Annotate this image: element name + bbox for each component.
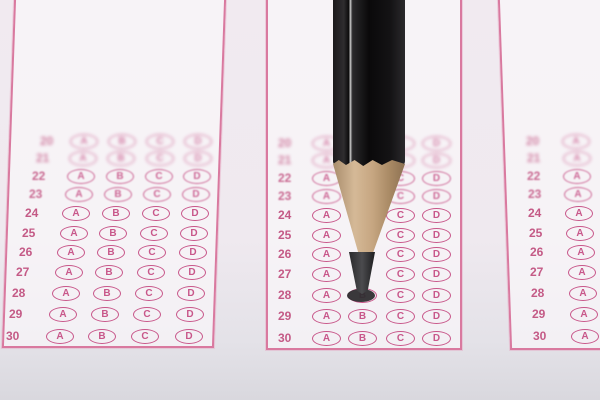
answer-bubble-26-b[interactable]: B bbox=[97, 245, 125, 260]
answer-bubble-24-a[interactable]: A bbox=[312, 208, 341, 223]
answer-bubble-24-d[interactable]: D bbox=[422, 208, 451, 223]
answer-bubble-28-c[interactable]: C bbox=[386, 288, 415, 303]
answer-bubble-20-a[interactable]: A bbox=[562, 134, 590, 149]
answer-bubble-28-a[interactable]: A bbox=[312, 288, 341, 303]
answer-bubble-29-d[interactable]: D bbox=[176, 307, 204, 322]
answer-bubble-28-b[interactable]: B bbox=[93, 286, 121, 301]
answer-bubble-27-d[interactable]: D bbox=[178, 265, 206, 280]
answer-bubble-28-a[interactable]: A bbox=[52, 286, 80, 301]
answer-bubble-24-d[interactable]: D bbox=[181, 206, 209, 221]
answer-bubble-29-a[interactable]: A bbox=[570, 307, 598, 322]
answer-bubble-29-d[interactable]: D bbox=[422, 309, 451, 324]
question-number: 30 bbox=[533, 329, 546, 343]
answer-bubble-27-a[interactable]: A bbox=[55, 265, 83, 280]
answer-bubble-30-c[interactable]: C bbox=[131, 329, 159, 344]
answer-bubble-23-d[interactable]: D bbox=[422, 189, 451, 204]
answer-bubble-30-d[interactable]: D bbox=[175, 329, 203, 344]
question-number: 23 bbox=[29, 187, 42, 201]
answer-bubble-29-b[interactable]: B bbox=[348, 309, 377, 324]
answer-bubble-21-c[interactable]: C bbox=[146, 151, 174, 166]
pencil-body bbox=[333, 0, 405, 167]
answer-bubble-29-a[interactable]: A bbox=[49, 307, 77, 322]
answer-bubble-21-d[interactable]: D bbox=[184, 151, 212, 166]
answer-bubble-22-c[interactable]: C bbox=[145, 169, 173, 184]
answer-bubble-25-d[interactable]: D bbox=[422, 228, 451, 243]
answer-bubble-24-c[interactable]: C bbox=[386, 208, 415, 223]
answer-bubble-26-c[interactable]: C bbox=[138, 245, 166, 260]
answer-bubble-30-a[interactable]: A bbox=[46, 329, 74, 344]
answer-bubble-20-d[interactable]: D bbox=[422, 136, 451, 151]
answer-bubble-27-c[interactable]: C bbox=[137, 265, 165, 280]
question-number: 20 bbox=[526, 134, 539, 148]
question-number: 26 bbox=[530, 245, 543, 259]
question-number: 29 bbox=[278, 309, 291, 323]
answer-bubble-21-d[interactable]: D bbox=[422, 153, 451, 168]
answer-bubble-25-c[interactable]: C bbox=[386, 228, 415, 243]
answer-bubble-30-b[interactable]: B bbox=[88, 329, 116, 344]
question-number: 22 bbox=[527, 169, 540, 183]
answer-bubble-21-a[interactable]: A bbox=[563, 151, 591, 166]
answer-bubble-26-c[interactable]: C bbox=[386, 247, 415, 262]
answer-bubble-21-a[interactable]: A bbox=[69, 151, 97, 166]
question-number: 28 bbox=[12, 286, 25, 300]
answer-bubble-22-d[interactable]: D bbox=[422, 171, 451, 186]
answer-bubble-23-b[interactable]: B bbox=[104, 187, 132, 202]
answer-bubble-30-a[interactable]: A bbox=[571, 329, 599, 344]
question-number: 21 bbox=[36, 151, 49, 165]
question-number: 30 bbox=[278, 331, 291, 345]
answer-bubble-27-a[interactable]: A bbox=[568, 265, 596, 280]
answer-bubble-26-d[interactable]: D bbox=[422, 247, 451, 262]
answer-bubble-27-a[interactable]: A bbox=[312, 267, 341, 282]
answer-bubble-25-a[interactable]: A bbox=[566, 226, 594, 241]
question-number: 28 bbox=[278, 288, 291, 302]
answer-bubble-24-b[interactable]: B bbox=[102, 206, 130, 221]
question-number: 25 bbox=[529, 226, 542, 240]
question-number: 26 bbox=[19, 245, 32, 259]
answer-bubble-30-a[interactable]: A bbox=[312, 331, 341, 346]
answer-bubble-28-a[interactable]: A bbox=[569, 286, 597, 301]
question-number: 30 bbox=[6, 329, 19, 343]
answer-bubble-22-a[interactable]: A bbox=[563, 169, 591, 184]
question-number: 21 bbox=[527, 151, 540, 165]
question-number: 28 bbox=[531, 286, 544, 300]
question-number: 21 bbox=[278, 153, 291, 167]
question-number: 25 bbox=[22, 226, 35, 240]
answer-bubble-27-d[interactable]: D bbox=[422, 267, 451, 282]
answer-bubble-25-a[interactable]: A bbox=[60, 226, 88, 241]
answer-bubble-22-a[interactable]: A bbox=[67, 169, 95, 184]
answer-bubble-23-d[interactable]: D bbox=[182, 187, 210, 202]
answer-bubble-20-a[interactable]: A bbox=[70, 134, 98, 149]
answer-bubble-28-d[interactable]: D bbox=[422, 288, 451, 303]
question-number: 27 bbox=[530, 265, 543, 279]
answer-bubble-26-a[interactable]: A bbox=[57, 245, 85, 260]
answer-bubble-22-d[interactable]: D bbox=[183, 169, 211, 184]
answer-bubble-20-d[interactable]: D bbox=[184, 134, 212, 149]
answer-bubble-25-a[interactable]: A bbox=[312, 228, 341, 243]
question-number: 24 bbox=[278, 208, 291, 222]
answer-bubble-23-c[interactable]: C bbox=[143, 187, 171, 202]
answer-bubble-25-c[interactable]: C bbox=[140, 226, 168, 241]
question-number: 27 bbox=[16, 265, 29, 279]
answer-bubble-24-a[interactable]: A bbox=[62, 206, 90, 221]
question-number: 27 bbox=[278, 267, 291, 281]
answer-bubble-23-a[interactable]: A bbox=[312, 189, 341, 204]
answer-bubble-29-c[interactable]: C bbox=[386, 309, 415, 324]
answer-bubble-26-a[interactable]: A bbox=[567, 245, 595, 260]
answer-bubble-30-b[interactable]: B bbox=[348, 331, 377, 346]
answer-bubble-30-c[interactable]: C bbox=[386, 331, 415, 346]
answer-bubble-23-a[interactable]: A bbox=[564, 187, 592, 202]
question-number: 24 bbox=[528, 206, 541, 220]
answer-bubble-23-a[interactable]: A bbox=[65, 187, 93, 202]
answer-bubble-26-d[interactable]: D bbox=[179, 245, 207, 260]
question-number: 26 bbox=[278, 247, 291, 261]
answer-bubble-24-c[interactable]: C bbox=[142, 206, 170, 221]
answer-bubble-24-a[interactable]: A bbox=[565, 206, 593, 221]
answer-bubble-25-d[interactable]: D bbox=[180, 226, 208, 241]
answer-bubble-28-c[interactable]: C bbox=[135, 286, 163, 301]
question-number: 29 bbox=[532, 307, 545, 321]
answer-bubble-27-b[interactable]: B bbox=[95, 265, 123, 280]
question-number: 20 bbox=[40, 134, 53, 148]
answer-bubble-30-d[interactable]: D bbox=[422, 331, 451, 346]
question-number: 24 bbox=[25, 206, 38, 220]
question-number: 22 bbox=[32, 169, 45, 183]
answer-bubble-27-c[interactable]: C bbox=[386, 267, 415, 282]
answer-bubble-26-a[interactable]: A bbox=[312, 247, 341, 262]
answer-bubble-20-b[interactable]: B bbox=[108, 134, 136, 149]
answer-bubble-21-b[interactable]: B bbox=[107, 151, 135, 166]
answer-bubble-29-c[interactable]: C bbox=[133, 307, 161, 322]
question-number: 25 bbox=[278, 228, 291, 242]
question-number: 23 bbox=[528, 187, 541, 201]
question-number: 22 bbox=[278, 171, 291, 185]
answer-bubble-22-b[interactable]: B bbox=[106, 169, 134, 184]
question-number: 20 bbox=[278, 136, 291, 150]
answer-bubble-20-c[interactable]: C bbox=[146, 134, 174, 149]
answer-bubble-28-d[interactable]: D bbox=[177, 286, 205, 301]
question-number: 23 bbox=[278, 189, 291, 203]
question-number: 29 bbox=[9, 307, 22, 321]
answer-bubble-25-b[interactable]: B bbox=[99, 226, 127, 241]
answer-bubble-29-b[interactable]: B bbox=[91, 307, 119, 322]
answer-bubble-29-a[interactable]: A bbox=[312, 309, 341, 324]
